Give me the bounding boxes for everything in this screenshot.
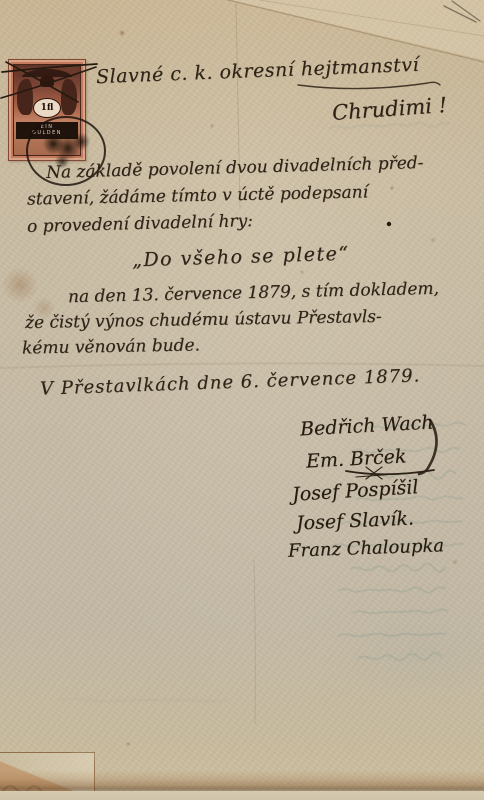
signature-5: Franz Chaloupka — [288, 535, 445, 561]
body-line-4: na den 13. července 1879, s tím dokladem… — [68, 279, 439, 307]
body-line-5: že čistý výnos chudému ústavu Přestavls- — [25, 307, 382, 333]
place-and-date-line: V Přestavlkách dne 6. července 1879. — [40, 365, 421, 399]
top-right-fold-highlight — [232, 0, 484, 60]
body-line-3: o provedení divadelní hry: — [27, 211, 253, 237]
signature-4: Josef Slavík. — [296, 507, 415, 534]
stamp-denomination: 1fl — [33, 98, 61, 118]
signature-underline — [346, 470, 434, 474]
stamp-denomination-value: 1fl — [41, 103, 54, 113]
signature-3: Josef Pospíšil — [291, 476, 419, 506]
body-line-2: stavení, žádáme tímto v úctě podepsaní — [27, 182, 368, 209]
bleedthrough-writing-top — [60, 123, 450, 702]
play-title: „Do všeho se plete“ — [132, 243, 350, 272]
body-line-6: kému věnován bude. — [22, 335, 200, 358]
salutation-line: Slavné c. k. okresní hejtmanství — [96, 54, 420, 88]
ink-dot — [387, 222, 391, 226]
corner-scribbles — [444, 1, 480, 22]
signature-1: Bedřich Wach — [300, 412, 434, 441]
stamp-crest — [40, 75, 54, 87]
salutation-flourish — [298, 82, 440, 88]
addressee-line: Chrudimi ! — [331, 93, 447, 125]
underlying-page-edge — [0, 791, 484, 800]
folded-corner — [0, 752, 95, 791]
scanned-document-page: 1fl EIN GULDEN — [0, 0, 484, 800]
signature-2: Em. Brček — [305, 445, 406, 472]
stamp-right-figure — [61, 79, 77, 115]
stamp-left-figure — [17, 79, 33, 115]
